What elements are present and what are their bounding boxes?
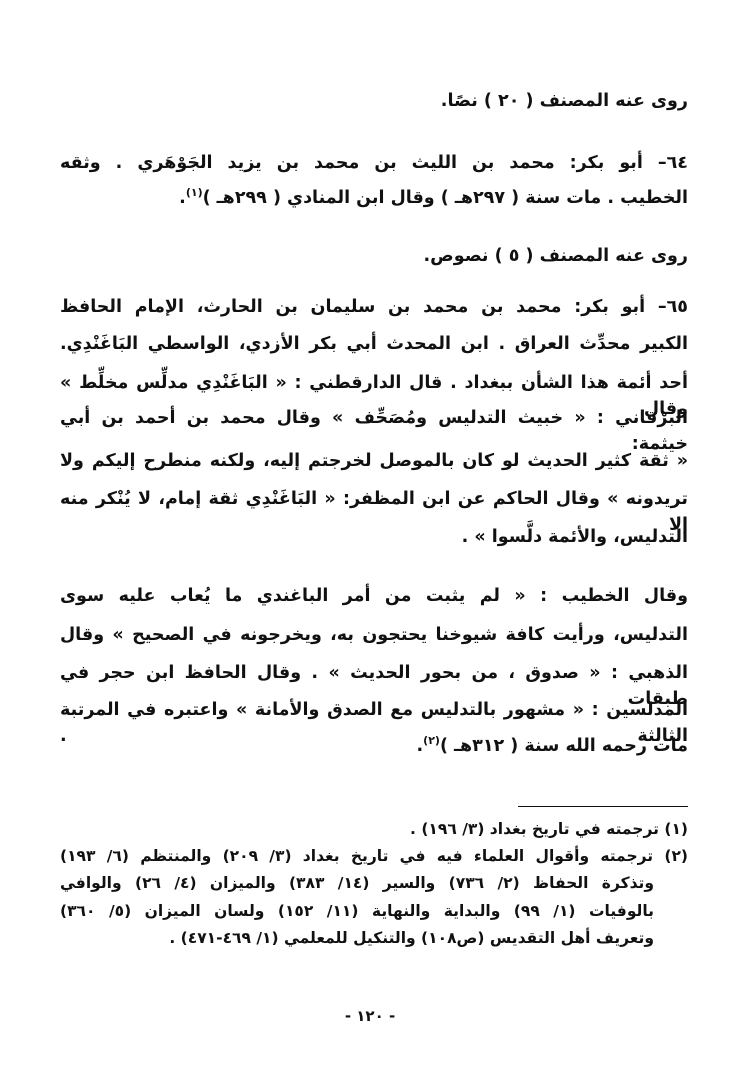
footnote-line: وتذكرة الحفاظ (٢/ ٧٣٦) والسير (١٤/ ٣٨٣) … (60, 872, 654, 894)
footnote-ref-1[interactable]: (١) (186, 186, 203, 199)
body-line: « ثقة كثير الحديث لو كان بالموصل لخرجتم … (60, 448, 688, 474)
body-text: الخطيب . مات سنة ( ٢٩٧هـ ) وقال ابن المن… (203, 188, 688, 208)
body-line: التدليس، والأئمة دلَّسوا » . (60, 524, 688, 550)
footnote-text: ترجمته وأقوال العلماء فيه في تاريخ بغداد… (60, 847, 653, 865)
footnote-separator (518, 806, 688, 807)
body-line: التدليس، ورأيت كافة شيوخنا يحتجون به، وي… (60, 622, 688, 648)
footnote-2: (٢) ترجمته وأقوال العلماء فيه في تاريخ ب… (60, 845, 688, 867)
footnote-ref-2[interactable]: (٢) (423, 734, 440, 747)
body-line-entry-64: ٦٤– أبو بكر: محمد بن الليث بن محمد بن يز… (60, 150, 688, 176)
footnote-marker: (١) (664, 820, 688, 838)
body-line: الخطيب . مات سنة ( ٢٩٧هـ ) وقال ابن المن… (60, 185, 688, 211)
footnote-line: بالوفيات (١/ ٩٩) والبداية والنهاية (١١/ … (60, 900, 654, 922)
footnote-1: (١) ترجمته في تاريخ بغداد (٣/ ١٩٦) . (60, 818, 688, 840)
body-line: وقال الخطيب : « لم يثبت من أمر الباغندي … (60, 583, 688, 609)
footnote-text: ترجمته في تاريخ بغداد (٣/ ١٩٦) . (410, 820, 659, 838)
body-line: الكبير محدِّث العراق . ابن المحدث أبي بك… (60, 331, 688, 357)
period: . (179, 188, 186, 208)
body-line: روى عنه المصنف ( ٢٠ ) نصًا. (60, 88, 688, 114)
footnote-line: وتعريف أهل التقديس (ص١٠٨) والتنكيل للمعل… (60, 927, 654, 949)
body-line-entry-65: ٦٥– أبو بكر: محمد بن محمد بن سليمان بن ا… (60, 294, 688, 320)
page-number: - ١٢٠ - (0, 1007, 740, 1025)
body-line: مات رحمه الله سنة ( ٣١٢هـ )(٢). (60, 733, 688, 759)
body-line: روى عنه المصنف ( ٥ ) نصوص. (60, 243, 688, 269)
footnote-marker: (٢) (664, 847, 688, 865)
book-page: روى عنه المصنف ( ٢٠ ) نصًا. ٦٤– أبو بكر:… (0, 0, 740, 1084)
body-text: مات رحمه الله سنة ( ٣١٢هـ ) (440, 736, 688, 756)
